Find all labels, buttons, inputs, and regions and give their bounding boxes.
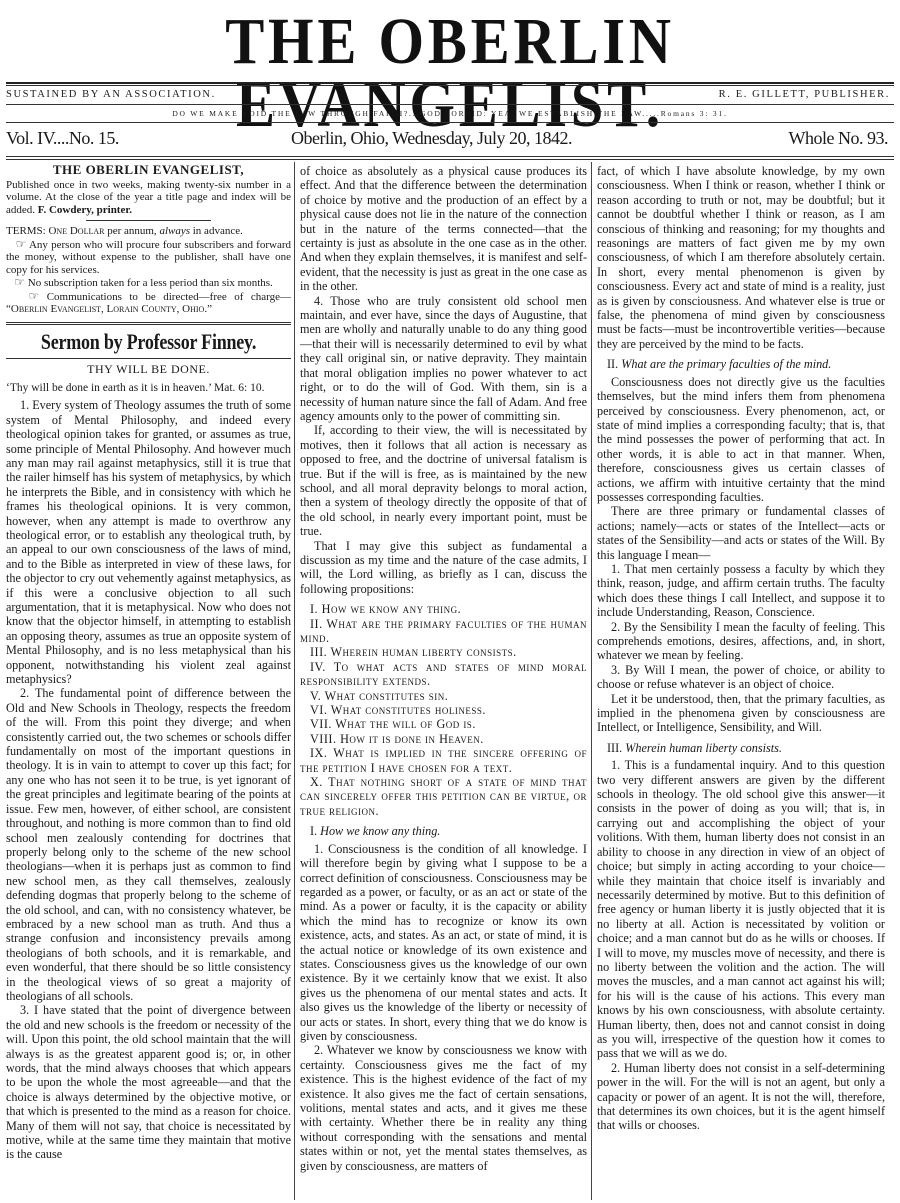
section-heading: I. How we know any thing. [300,824,587,838]
pointing-hand-icon: ☞ [16,237,27,251]
proposition: VIII. How it is done in Heaven. [300,732,587,746]
proposition: IV. To what acts and states of mind mora… [300,660,587,689]
paragraph: 3. I have stated that the point of diver… [6,1003,291,1161]
paragraph: 1. That men certainly possess a faculty … [597,562,885,620]
rule [6,85,894,86]
notice-subscribers: ☞ Any person who will procure four subsc… [6,238,291,277]
rule [6,104,894,105]
paragraph: If, according to their view, the will is… [300,423,587,538]
notice-communications: ☞ Communications to be directed—free of … [6,290,291,316]
paragraph: fact, of which I have absolute knowledge… [597,164,885,351]
column-rule [591,162,592,1200]
paragraph: 3. By Will I mean, the power of choice, … [597,663,885,692]
paragraph: 4. Those who are truly consistent old sc… [300,294,587,424]
pointing-hand-icon: ☞ [28,289,39,303]
paragraph: 2. The fundamental point of difference b… [6,686,291,1003]
paragraph: There are three primary or fundamental c… [597,504,885,562]
epigraph: ‘Thy will be done in earth as it is in h… [6,381,291,395]
publication-info: Published once in two weeks, making twen… [6,179,291,217]
proposition: VII. What the will of God is. [300,717,587,731]
proposition: III. Wherein human liberty consists. [300,645,587,659]
subhead: SUSTAINED BY AN ASSOCIATION. R. E. GILLE… [6,89,894,103]
masthead: THE OBERLIN EVANGELIST. [0,0,900,80]
proposition: V. What constitutes sin. [300,689,587,703]
column-2: of choice as absolutely as a physical ca… [300,164,587,1173]
section-heading: II. What are the primary faculties of th… [597,357,885,371]
publication-box-title: THE OBERLIN EVANGELIST, [6,164,291,177]
proposition: IX. What is implied in the sincere offer… [300,746,587,775]
pointing-hand-icon: ☞ [14,275,25,289]
paragraph: That I may give this subject as fundamen… [300,539,587,597]
paragraph: 1. Consciousness is the condition of all… [300,842,587,1044]
sermon-title: THY WILL BE DONE. [6,362,291,376]
proposition: II. What are the primary faculties of th… [300,617,587,646]
sermon-heading: Sermon by Professor Finney. [32,329,266,355]
divider [86,220,211,221]
sustained-by: SUSTAINED BY AN ASSOCIATION. [6,89,216,100]
divider [6,358,291,359]
volume-number: Vol. IV....No. 15. [6,128,119,149]
rule [6,82,894,84]
publication-box: THE OBERLIN EVANGELIST, Published once i… [6,164,291,316]
rule [6,122,894,123]
publisher: R. E. GILLETT, PUBLISHER. [719,89,890,100]
motto: DO WE MAKE VOID THE LAW THROUGH FAITH?..… [0,109,900,118]
rule [6,156,894,157]
paragraph: Let it be understood, then, that the pri… [597,692,885,735]
paragraph: 1. This is a fundamental inquiry. And to… [597,758,885,1061]
issue-date: Oberlin, Ohio, Wednesday, July 20, 1842. [291,128,572,149]
terms: TERMS: One Dollar per annum, always in a… [6,225,291,238]
proposition: I. How we know any thing. [300,602,587,616]
paragraph: 1. Every system of Theology assumes the … [6,398,291,686]
paragraph: 2. Human liberty does not consist in a s… [597,1061,885,1133]
paragraph: 2. Whatever we know by consciousness we … [300,1043,587,1173]
paragraph: Consciousness does not directly give us … [597,375,885,505]
rule [6,159,894,160]
column-rule [294,162,295,1200]
proposition: X. That nothing short of a state of mind… [300,775,587,818]
paragraph: of choice as absolutely as a physical ca… [300,164,587,294]
paragraph: 2. By the Sensibility I mean the faculty… [597,620,885,663]
column-3: fact, of which I have absolute knowledge… [597,164,885,1133]
dateline: Vol. IV....No. 15. Oberlin, Ohio, Wednes… [6,128,894,154]
column-1: THE OBERLIN EVANGELIST, Published once i… [6,164,291,1162]
whole-number: Whole No. 93. [789,128,888,149]
notice-subscription-period: ☞ No subscription taken for a less perio… [6,276,291,290]
section-heading: III. Wherein human liberty consists. [597,741,885,755]
divider [6,322,291,325]
printer: F. Cowdery, printer. [38,204,132,216]
proposition: VI. What constitutes holiness. [300,703,587,717]
